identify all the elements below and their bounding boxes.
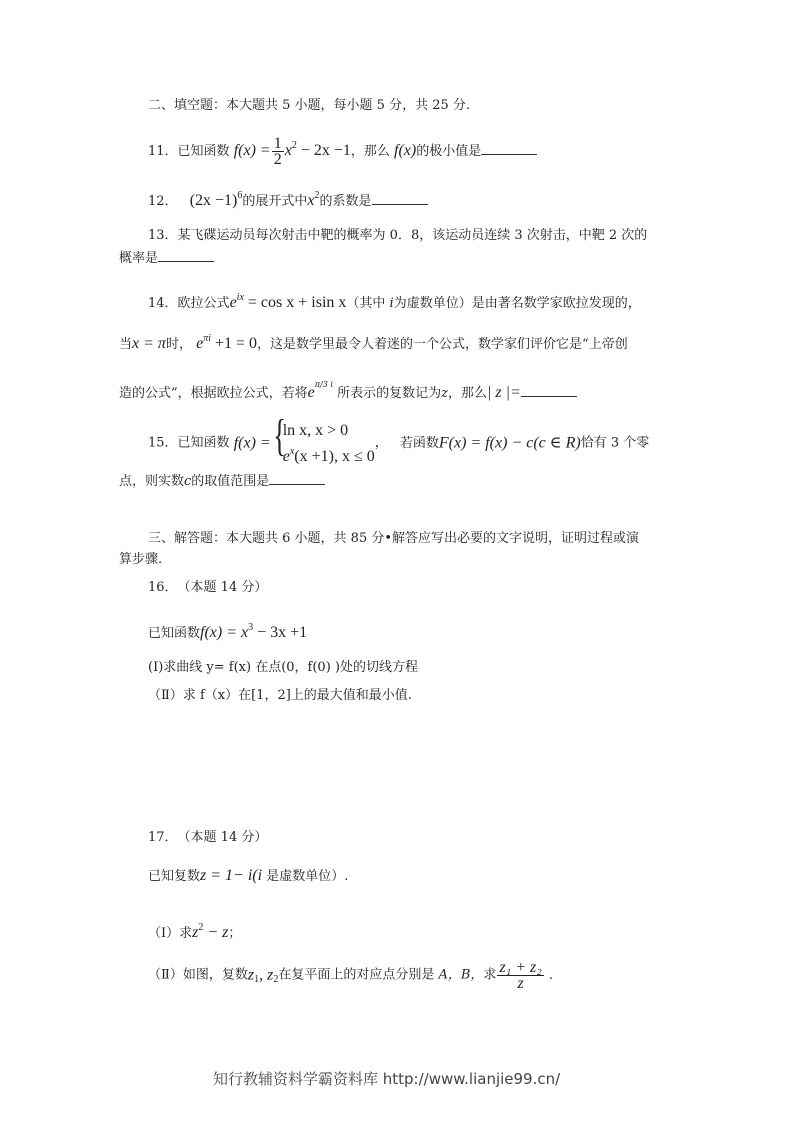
question-14-line-2: 当x = π时， eπi +1 = 0，这是数学里最令人着迷的一个公式，数学家们…: [119, 331, 628, 353]
question-16-given: 已知函数f(x) = x3 − 3x +1: [148, 620, 307, 642]
question-17-part-2: （Ⅱ）如图，复数z1, z2在复平面上的对应点分别是 A，B，求z₁ + z₂z…: [148, 960, 553, 996]
q13-answer-blank: [158, 249, 214, 262]
q15-piecewise: ln x, x > 0ex(x +1), x ≤ 0: [271, 420, 375, 467]
q11-answer-blank: [481, 142, 537, 155]
q12-number: 12．: [148, 194, 178, 209]
question-13-line-2: 概率是: [119, 249, 214, 267]
section-3-heading-line-2: 算步骤.: [119, 552, 162, 568]
q15-answer-blank: [269, 472, 325, 485]
question-14-line-1: 14．欧拉公式eix = cos x + isin x（其中 i为虚数单位）是由…: [148, 290, 641, 312]
footer-watermark: 知行教辅资料学霸资料库 http://www.lianjie99.cn/: [213, 1068, 560, 1089]
question-17-header: 17． （本题 14 分）: [148, 830, 267, 846]
question-15-line-1: 15．已知函数 f(x) =ln x, x > 0ex(x +1), x ≤ 0…: [148, 420, 649, 464]
question-16-part-1: (Ⅰ)求曲线 y= f(x) 在点(0，f(0) )处的切线方程: [148, 660, 418, 676]
question-13-line-1: 13．某飞碟运动员每次射击中靶的概率为 0．8，该运动员连续 3 次射击，中靶 …: [148, 228, 647, 244]
question-16-header: 16． （本题 14 分）: [148, 580, 267, 596]
q15-case-1: ln x, x > 0: [283, 420, 375, 441]
question-17-part-1: （Ⅰ）求z2 − z；: [148, 920, 241, 942]
question-11: 11．已知函数 f(x) =12x2 − 2x −1，那么 f(x)的极小值是: [148, 136, 537, 167]
question-16-part-2: （Ⅱ）求 f（x）在[1，2]上的最大值和最小值.: [148, 688, 412, 704]
q11-number: 11．: [148, 144, 178, 159]
q17-fraction: z₁ + z₂z: [497, 960, 543, 991]
q12-answer-blank: [372, 192, 428, 205]
question-14-line-3: 造的公式”，根据欧拉公式，若将eπ/3 i 所表示的复数记为z，那么| z |=: [119, 377, 577, 402]
section-2-heading: 二、填空题：本大题共 5 小题，每小题 5 分，共 25 分.: [148, 98, 470, 114]
q11-fraction: 12: [272, 136, 284, 167]
q11-text: 已知函数: [178, 144, 230, 159]
question-15-line-2: 点，则实数c的取值范围是: [119, 472, 325, 490]
q15-case-2: ex(x +1), x ≤ 0: [283, 441, 375, 467]
question-17-given: 已知复数z = 1− i(i 是虚数单位）.: [148, 868, 348, 885]
question-12: 12． (2x −1)6的展开式中x2的系数是: [148, 188, 428, 210]
q11-func: f(x) =: [234, 142, 271, 159]
q14-answer-blank: [521, 384, 577, 397]
section-3-heading-line-1: 三、解答题：本大题共 6 小题，共 85 分•解答应写出必要的文字说明，证明过程…: [148, 531, 639, 547]
